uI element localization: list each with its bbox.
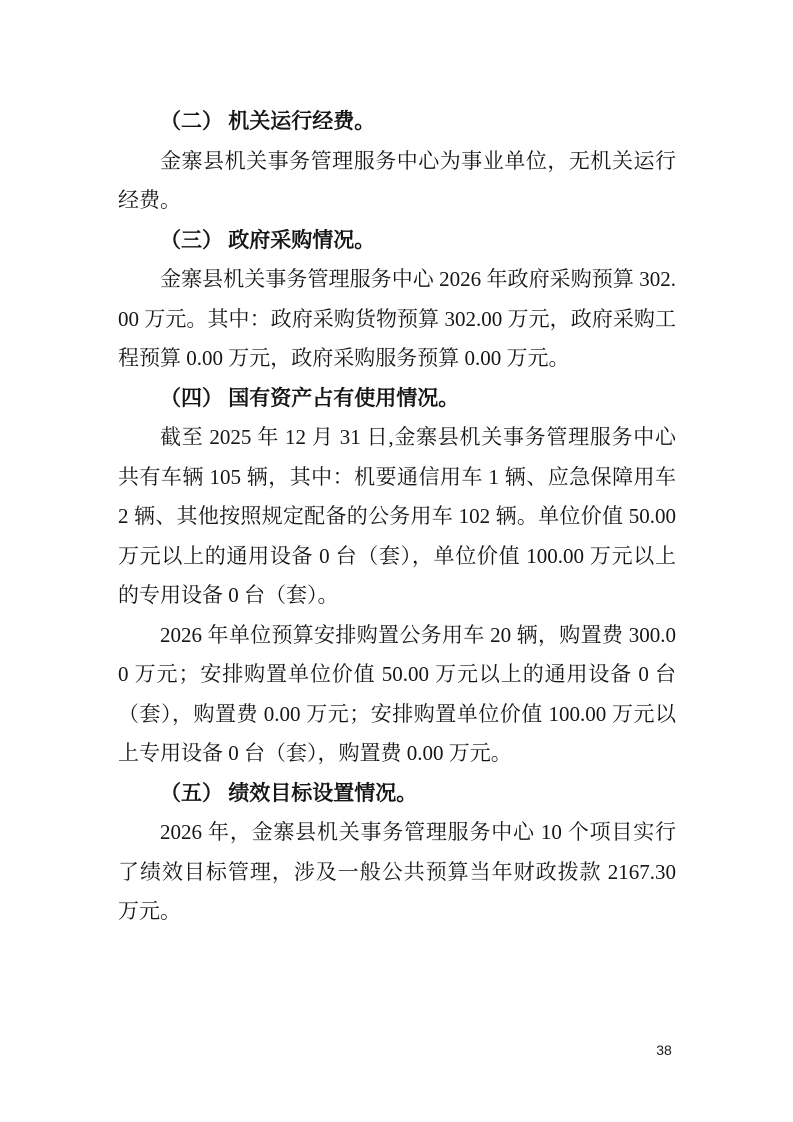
body-paragraph: 2026 年单位预算安排购置公务用车 20 辆，购置费 300.00 万元；安排…: [118, 616, 676, 774]
page-number: 38: [649, 1041, 679, 1059]
body-paragraph: 金寨县机关事务管理服务中心为事业单位，无机关运行经费。: [118, 142, 676, 221]
section-heading: （四） 国有资产占有使用情况。: [118, 379, 676, 419]
section-heading: （三） 政府采购情况。: [118, 221, 676, 261]
body-paragraph: 金寨县机关事务管理服务中心 2026 年政府采购预算 302.00 万元。其中：…: [118, 260, 676, 379]
body-paragraph: 截至 2025 年 12 月 31 日,金寨县机关事务管理服务中心共有车辆 10…: [118, 418, 676, 616]
body-paragraph: 2026 年，金寨县机关事务管理服务中心 10 个项目实行了绩效目标管理，涉及一…: [118, 813, 676, 932]
section-heading: （五） 绩效目标设置情况。: [118, 774, 676, 814]
document-body: （二） 机关运行经费。金寨县机关事务管理服务中心为事业单位，无机关运行经费。（三…: [118, 102, 676, 932]
section-heading: （二） 机关运行经费。: [118, 102, 676, 142]
document-page: （二） 机关运行经费。金寨县机关事务管理服务中心为事业单位，无机关运行经费。（三…: [0, 0, 793, 1122]
